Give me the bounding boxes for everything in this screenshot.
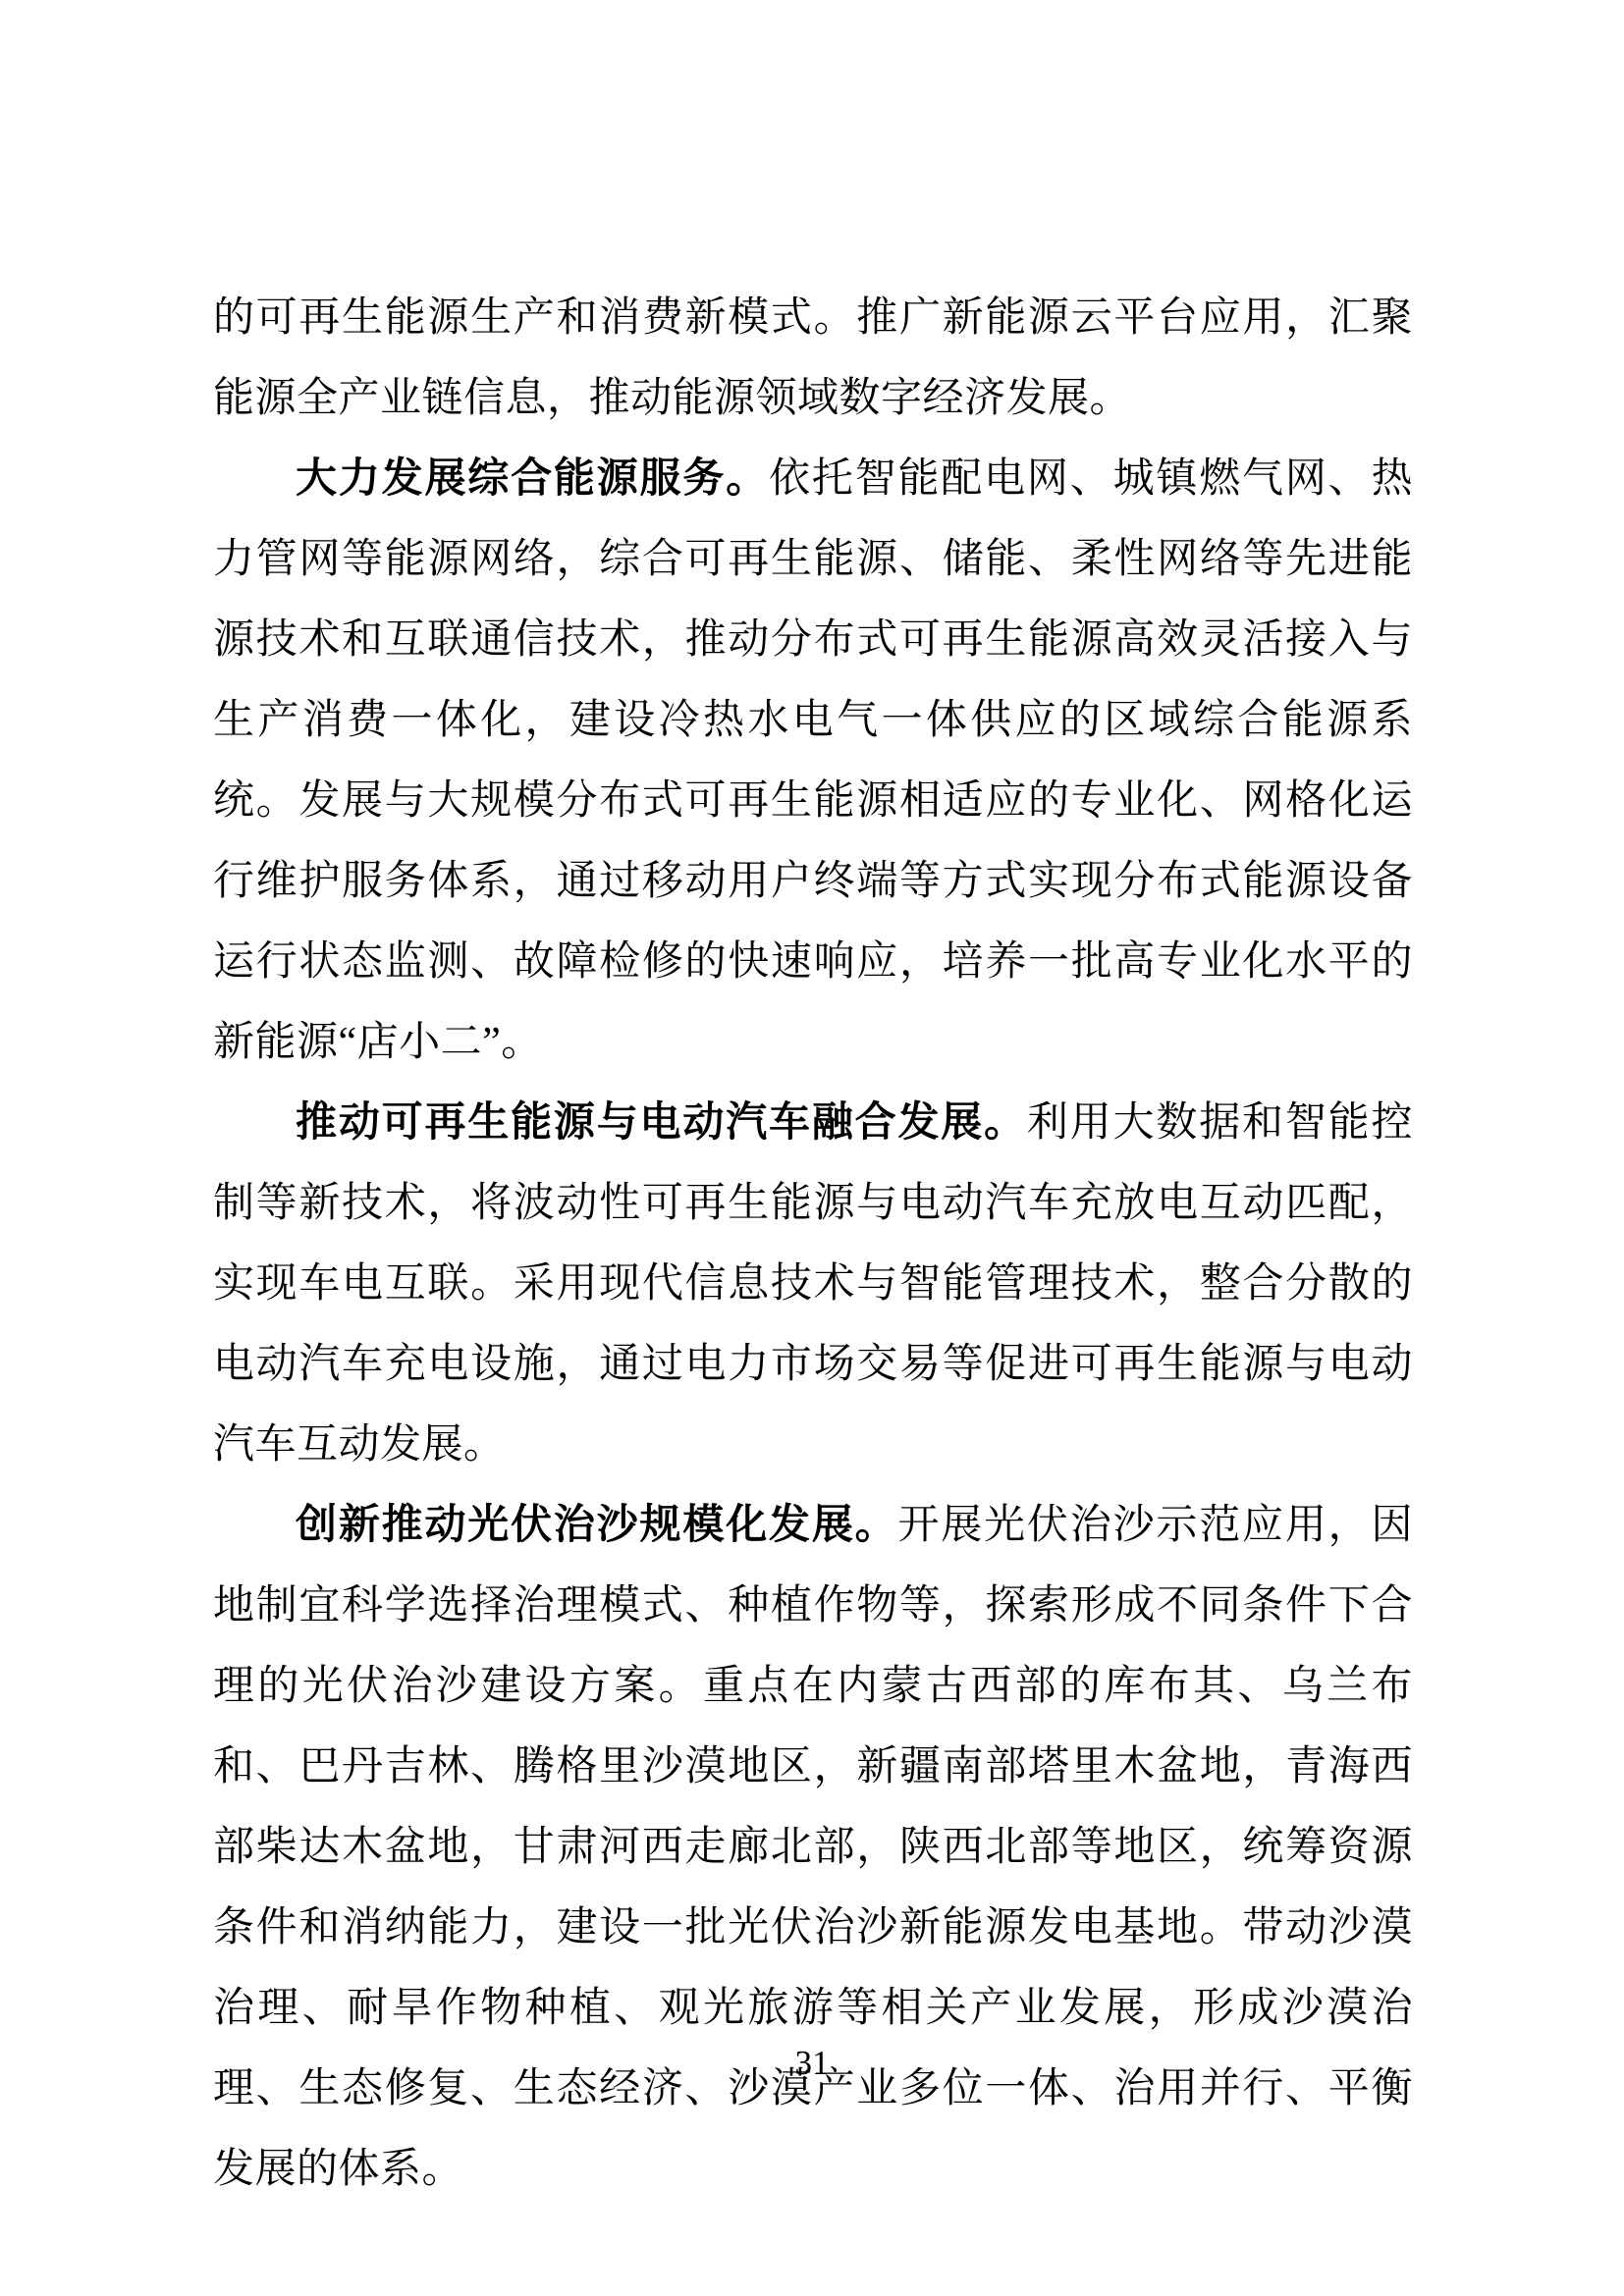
paragraph-continuation: 的可再生能源生产和消费新模式。推广新能源云平台应用，汇聚能源全产业链信息，推动能…: [213, 278, 1413, 439]
paragraph-lead: 创新推动光伏治沙规模化发展。: [296, 1503, 897, 1548]
page-number: 31: [0, 2044, 1624, 2083]
document-page: 的可再生能源生产和消费新模式。推广新能源云平台应用，汇聚能源全产业链信息，推动能…: [0, 0, 1624, 2296]
paragraph-renewables-ev-integration: 推动可再生能源与电动汽车融合发展。利用大数据和智能控制等新技术，将波动性可再生能…: [213, 1083, 1413, 1485]
paragraph-body: 开展光伏治沙示范应用，因地制宜科学选择治理模式、种植作物等，探索形成不同条件下合…: [213, 1503, 1413, 2192]
paragraph-lead: 推动可再生能源与电动汽车融合发展。: [296, 1100, 1027, 1146]
document-body: 的可再生能源生产和消费新模式。推广新能源云平台应用，汇聚能源全产业链信息，推动能…: [213, 278, 1413, 2210]
paragraph-comprehensive-energy-services: 大力发展综合能源服务。依托智能配电网、城镇燃气网、热力管网等能源网络，综合可再生…: [213, 439, 1413, 1083]
paragraph-pv-desertification-control: 创新推动光伏治沙规模化发展。开展光伏治沙示范应用，因地制宜科学选择治理模式、种植…: [213, 1485, 1413, 2210]
paragraph-lead: 大力发展综合能源服务。: [296, 456, 769, 502]
paragraph-body: 依托智能配电网、城镇燃气网、热力管网等能源网络，综合可再生能源、储能、柔性网络等…: [213, 456, 1413, 1065]
paragraph-body: 利用大数据和智能控制等新技术，将波动性可再生能源与电动汽车充放电互动匹配，实现车…: [213, 1100, 1413, 1468]
paragraph-body: 的可再生能源生产和消费新模式。推广新能源云平台应用，汇聚能源全产业链信息，推动能…: [213, 295, 1413, 421]
